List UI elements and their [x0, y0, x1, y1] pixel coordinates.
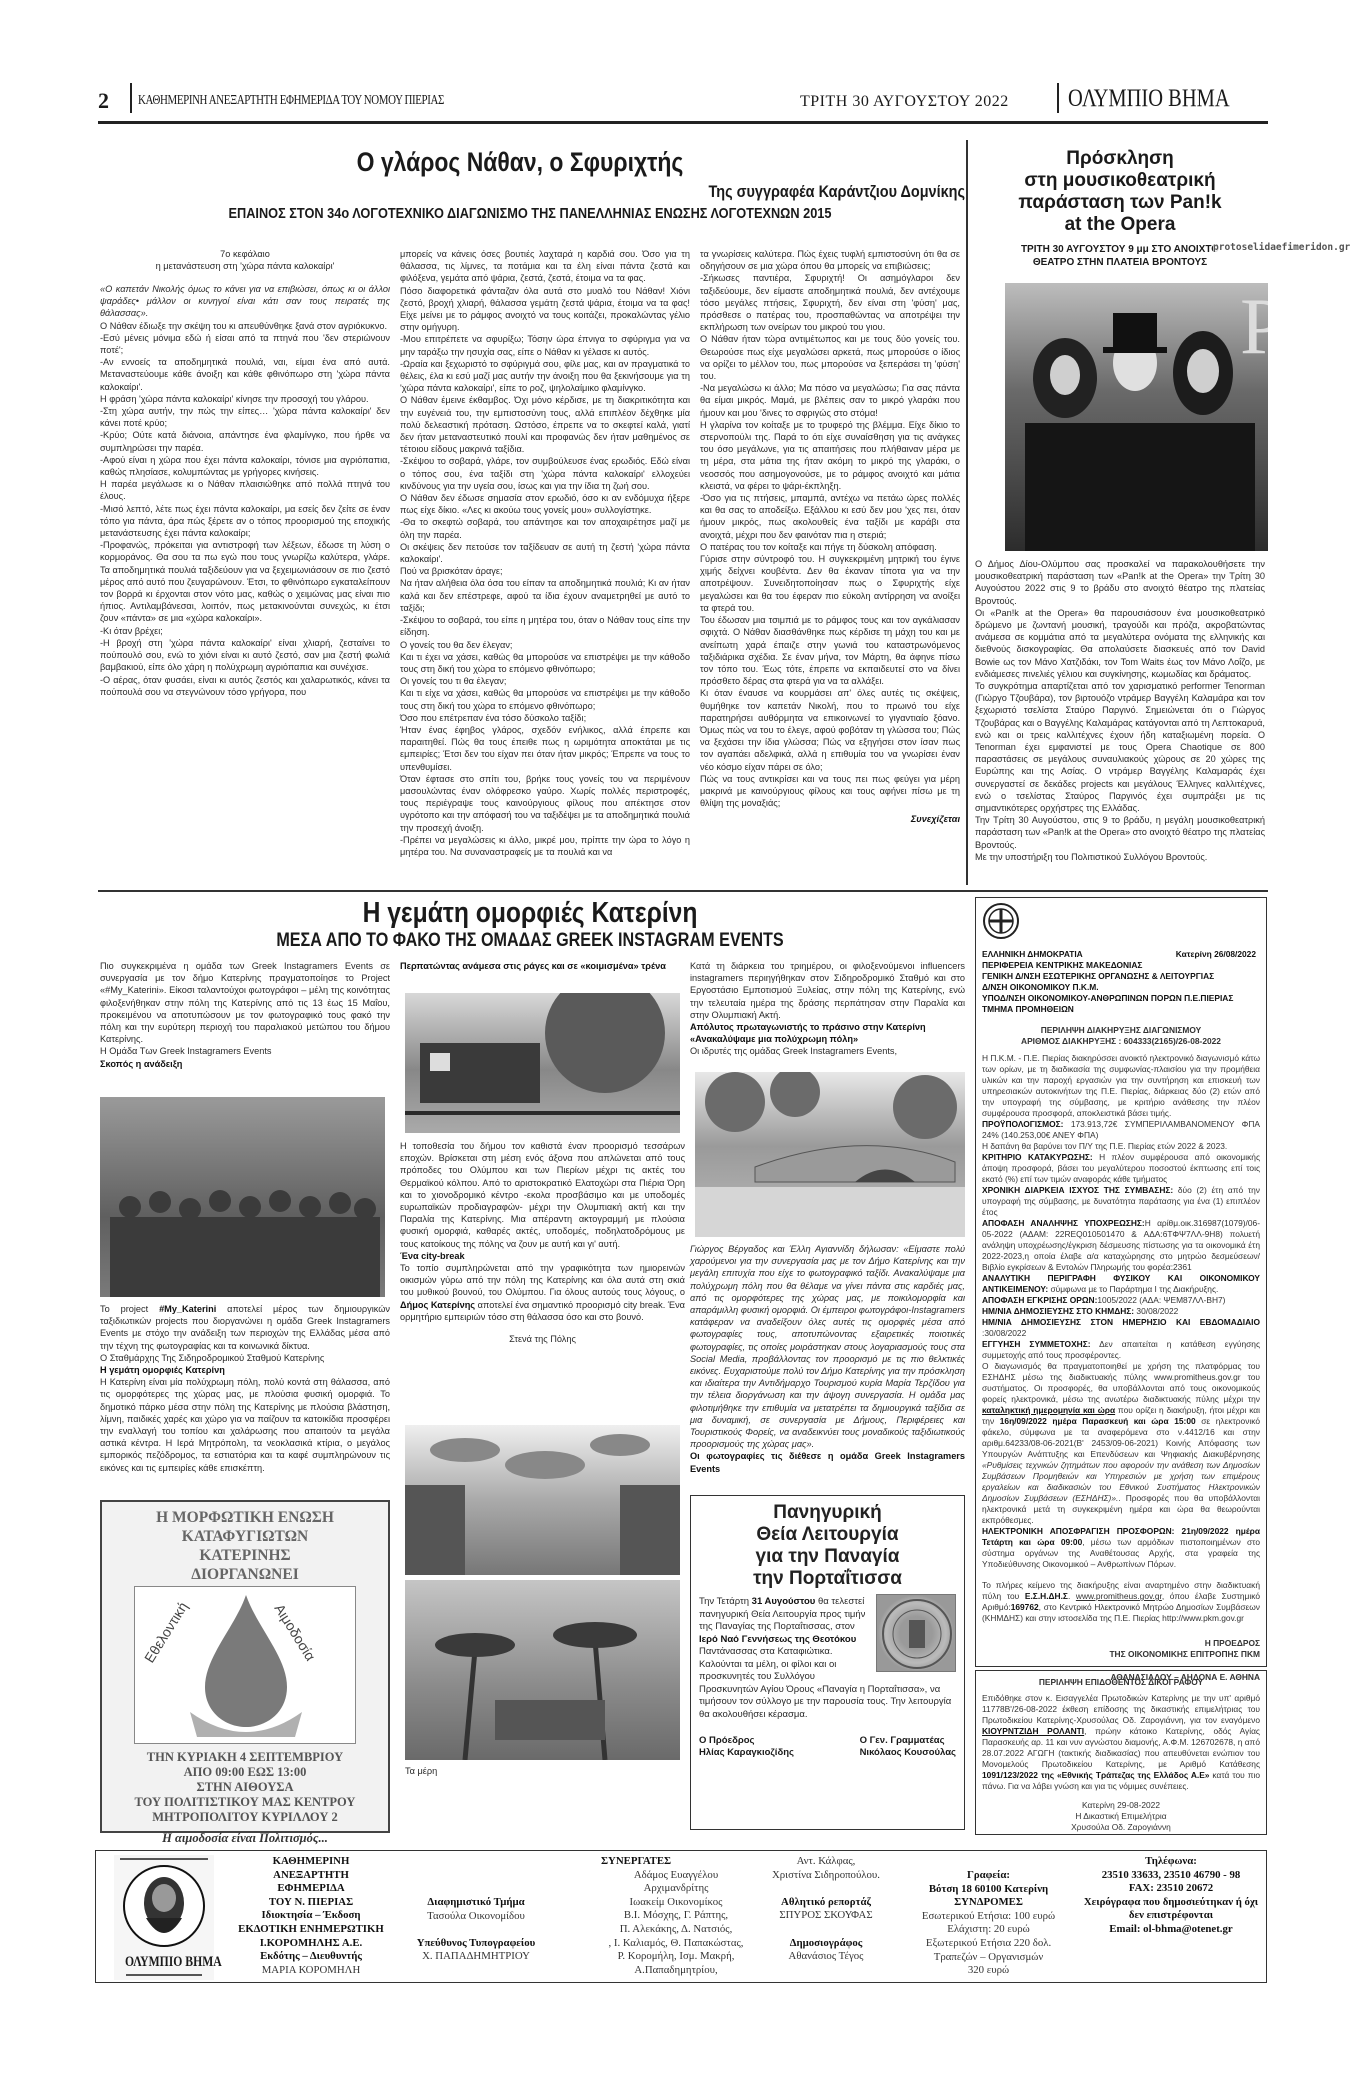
paragraph: Η παρέα μεγάλωσε κι ο Νάθαν πλαισιώθηκε … — [100, 478, 390, 502]
paragraph: -Σκέψου το σοβαρά, γλάρε, τον συμβούλευσ… — [400, 455, 690, 492]
subheading: Ένα city-break — [400, 1250, 685, 1262]
footer-line: Ιωακείμ Οικονομίκος — [601, 1896, 751, 1910]
case-number: 1091/123/2022 της «Εθνικής Τράπεζας της … — [982, 1770, 1209, 1780]
street-photo — [405, 1425, 680, 1575]
tender-item: ΗΜ/ΝΙΑ ΔΗΜΟΣΙΕΥΣΗΣ ΣΤΟΝ ΗΜΕΡΗΣΙΟ ΚΑΙ ΕΒΔ… — [982, 1317, 1260, 1339]
paragraph: Η Π.Κ.Μ. - Π.Ε. Πιερίας διακηρύσσει ανοι… — [982, 1053, 1260, 1119]
tender-item-label: ΑΠΟΦΑΣΗ ΑΝΑΛΗΨΗΣ ΥΠΟΧΡΕΩΣΗΣ: — [982, 1218, 1145, 1228]
footer-line: Α.Παπαδημητρίου, — [601, 1964, 751, 1978]
subheading: Απόλυτος πρωταγωνιστής το πράσινο στην Κ… — [690, 1021, 965, 1033]
section-rule — [98, 890, 1268, 892]
group-photo — [100, 1097, 385, 1297]
footer-line: Ρ. Κορομήλη, Ισμ. Μακρή, — [601, 1950, 751, 1964]
subheading: Σκοπός η ανάδειξη — [100, 1058, 390, 1070]
tender-item-value: σύμφωνα με το Παράρτημα Ι της Διακήρυξης… — [1048, 1284, 1218, 1294]
tender-notice: Κατερίνη 26/08/2022 ΕΛΛΗΝΙΚΗ ΔΗΜΟΚΡΑΤΙΑ … — [975, 897, 1267, 1667]
paragraph: ΗΛΕΚΤΡΟΝΙΚΗ ΑΠΟΣΦΡΑΓΙΣΗ ΠΡΟΣΦΟΡΩΝ: 21η/0… — [982, 1526, 1260, 1570]
poster-title-line: ΚΑΤΕΡΙΝΗΣ — [102, 1546, 388, 1565]
text: Ο διαγωνισμός θα πραγματοποιηθεί με χρήσ… — [982, 1361, 1260, 1404]
poster-title-line: ΔΙΟΡΓΑΝΩΝΕΙ — [102, 1565, 388, 1584]
title-line: Πανηγυρική — [699, 1502, 956, 1524]
article-award: ΕΠΑΙΝΟΣ ΣΤΟΝ 34ο ΛΟΓΟΤΕΧΝΙΚΟ ΔΙΑΓΩΝΙΣΜΟ … — [165, 205, 896, 222]
header-rule — [98, 121, 1268, 124]
paragraph: -Κρύο; Ούτε κατά διάνοια, απάντησε ένα φ… — [100, 429, 390, 453]
poster-line: ΑΠΟ 09:00 ΕΩΣ 13:00 — [102, 1765, 388, 1780]
paragraph: Ο πατέρας του τον κοίταξε και πήγε τη δύ… — [700, 541, 960, 553]
church-name: Ιερό Ναό Γεννήσεως της Θεοτόκου — [699, 1634, 856, 1645]
paragraph: Ο Νάθαν ήταν τώρα αντιμέτωπος και με του… — [700, 333, 960, 382]
paragraph: τα γνωρίσεις καλύτερα. Πώς έχεις τυφλή ε… — [700, 248, 960, 272]
church-seal-icon — [877, 1595, 957, 1673]
footer-line: Γραφεία: — [911, 1869, 1066, 1883]
continued-label: Συνεχίζεται — [700, 813, 960, 825]
tender-item-value: :30/08/2022 — [982, 1328, 1026, 1338]
footer-line: Β.Ι. Μόσχης, Γ. Ράπτης, — [601, 1909, 751, 1923]
paragraph: -Αν εννοείς τα αποδημητικά πουλιά, ναι, … — [100, 356, 390, 393]
footer-line: ΚΑΘΗΜΕΡΙΝΗ — [231, 1855, 391, 1869]
paragraph: Πού να βρισκόταν άραγε; — [400, 565, 690, 577]
paragraph: Να ήταν αλήθεια όλα όσα του είπαν τα απο… — [400, 577, 690, 614]
footer-line: ΣΥΝΕΡΓΑΤΕΣ — [601, 1855, 751, 1869]
article-title: Ο γλάρος Νάθαν, ο Σφυριχτής — [282, 147, 758, 178]
authority-line: ΠΕΡΙΦΕΡΕΙΑ ΚΕΝΤΡΙΚΗΣ ΜΑΚΕΔΟΝΙΑΣ — [982, 960, 1260, 971]
tender-item: ΧΡΟΝΙΚΗ ΔΙΑΡΚΕΙΑ ΙΣΧΥΟΣ ΤΗΣ ΣΥΜΒΑΣΗΣ: δύ… — [982, 1185, 1260, 1218]
paragraph: -Μισό λεπτό, λέτε πως έχει πάντα καλοκαί… — [100, 503, 390, 540]
paragraph: -Ωραία και ξεχωριστό το σφύριγμά σου, φί… — [400, 358, 690, 395]
paragraph: Και τι έχει να χάσει, καθώς θα μπορούσε … — [400, 651, 690, 675]
footer-line: ΣΥΝΔΡΟΜΕΣ — [911, 1896, 1066, 1910]
paragraph: Ο γονείς του θα δεν έλεγαν; — [400, 639, 690, 651]
footer-line: Χριστίνα Σιδηροπούλου. — [756, 1869, 896, 1883]
authority-line: ΤΜΗΜΑ ΠΡΟΜΗΘΕΙΩΝ — [982, 1004, 1260, 1015]
signature-right: Ο Γεν. ΓραμματέαςΝικόλαος Κουσούλας — [860, 1735, 956, 1759]
paragraph: μπορείς να κάνεις όσες βουτιές λαχταρά η… — [400, 248, 690, 285]
summons-text: Επιδόθηκε στον κ. Εισαγγελέα Πρωτοδικών … — [982, 1693, 1260, 1792]
paragraph: -Μου επιτρέπετε να σφυρίξω; Τόσην ώρα έπ… — [400, 333, 690, 357]
impressum: ΟΛΥΜΠΙΟ ΒΗΜΑ ΚΑΘΗΜΕΡΙΝΗΑΝΕΞΑΡΤΗΤΗΕΦΗΜΕΡΙ… — [95, 1850, 1267, 1983]
poster-line: ΤΟΥ ΠΟΛΙΤΙΣΤΙΚΟΥ ΜΑΣ ΚΕΝΤΡΟΥ — [102, 1795, 388, 1810]
tender-item: ΑΝΑΛΥΤΙΚΗ ΠΕΡΙΓΡΑΦΗ ΦΥΣΙΚΟΥ ΚΑΙ ΟΙΚΟΝΟΜΙ… — [982, 1273, 1260, 1295]
footer-line: ΑΝΕΞΑΡΤΗΤΗ — [231, 1869, 391, 1883]
summons-notice: ΠΕΡΙΛΗΨΗ ΕΠΙΔΟΘΕΝΤΟΣ ΔΙΚΟΓΡΑΦΟΥ Επιδόθηκ… — [975, 1670, 1267, 1835]
paper-tagline: ΚΑΘΗΜΕΡΙΝΗ ΑΝΕΞΑΡΤΗΤΗ ΕΦΗΜΕΡΙΔΑ ΤΟΥ ΝΟΜΟ… — [138, 93, 444, 109]
paragraph: Το τοπίο συμπληρώνεται από την γραφικότη… — [400, 1262, 685, 1323]
footer-line: FAX: 23510 20672 — [1081, 1882, 1261, 1896]
footer-line: Ιδιοκτησία – Έκδοση — [231, 1909, 391, 1923]
paragraph: -Πρέπει να μεγαλώσεις κι άλλο, μικρέ μου… — [400, 834, 690, 858]
poster-slogan: Η αιμοδοσία είναι Πολιτισμός... — [102, 1831, 388, 1846]
footer-line: Δημοσιογράφος — [756, 1937, 896, 1951]
footer-line: Ελάχιστη: 20 ευρώ — [911, 1923, 1066, 1937]
footer-line: Τασούλα Οικονομίδου — [401, 1910, 551, 1924]
article-subtitle: ΜΕΣΑ ΑΠΟ ΤΟ ΦΑΚΟ ΤΗΣ ΟΜΑΔΑΣ GREEK INSTAG… — [165, 930, 896, 952]
column-rule — [966, 140, 968, 885]
footer-departments: Διαφημιστικό ΤμήμαΤασούλα Οικονομίδου Υπ… — [401, 1896, 551, 1964]
signer-name: Χρυσούλα Οδ. Ζαρογιάννη — [982, 1822, 1260, 1833]
text: Την Τετάρτη — [699, 1596, 752, 1607]
footer-line: Βότση 18 60100 Κατερίνη — [911, 1883, 1066, 1897]
chapter-title: η μετανάστευση στη 'χώρα πάντα καλοκαίρι… — [100, 260, 390, 272]
signer-title: Ο Πρόεδρος — [699, 1735, 794, 1747]
text: Ε.Σ.Η.ΔΗ.Σ — [1025, 1591, 1068, 1601]
poster-line: ΣΤΗΝ ΑΙΘΟΥΣΑ — [102, 1780, 388, 1795]
footer-line — [401, 1923, 551, 1937]
tender-item: ΑΠΟΦΑΣΗ ΑΝΑΛΗΨΗΣ ΥΠΟΧΡΕΩΣΗΣ:Η αρίθμ.οικ.… — [982, 1218, 1260, 1273]
footer-line: ΕΚΔΟΤΙΚΗ ΕΝΗΜΕΡΩΤΙΚΗ — [231, 1923, 391, 1937]
paragraph: Την Τρίτη 30 Αυγούστου, στις 9 το βράδυ,… — [975, 814, 1265, 851]
seal-image — [876, 1594, 956, 1672]
footer-line: ΕΦΗΜΕΡΙΔΑ — [231, 1882, 391, 1896]
beach-photo — [405, 1580, 680, 1760]
tender-item: Η δαπάνη θα βαρύνει τον Π/Υ της Π.Ε. Πιε… — [982, 1141, 1260, 1152]
opera-body: Ο Δήμος Δίου-Ολύμπου σας προσκαλεί να πα… — [975, 558, 1265, 863]
logo-name: ΟΛΥΜΠΙΟ ΒΗΜΑ — [125, 1954, 203, 1971]
footer-line — [756, 1882, 896, 1896]
blood-drop-graphic: Εθελοντική Αιμοδοσία — [134, 1586, 356, 1744]
paragraph: -Εσύ μένεις μόνιμα εδώ ή είσαι από τα πτ… — [100, 332, 390, 356]
opera-headline: Πρόσκληση στη μουσικοθεατρική παράσταση … — [975, 148, 1265, 236]
paragraph: Ο Νάθαν έμεινε έκθαμβος. Όχι μόνο κέρδισ… — [400, 394, 690, 455]
katerini-column-1-bottom: Το project #My_Katerini αποτελεί μέρος τ… — [100, 1303, 390, 1474]
authority-line: ΥΠΟΔ/ΝΣΗ ΟΙΚΟΝΟΜΙΚΟΥ-ΑΝΘΡΩΠΙΝΩΝ ΠΟΡΩΝ Π.… — [982, 993, 1260, 1004]
footer-line: Τραπεζών – Οργανισμών — [911, 1951, 1066, 1965]
subheading: Περπατώντας ανάμεσα στις ράγες και σε «κ… — [400, 960, 685, 972]
subheading: «Ανακαλύψαμε μια πολύχρωμη πόλη» — [690, 1033, 965, 1045]
katerini-column-3: Κατά τη διάρκεια του τριημέρου, οι φιλοξ… — [690, 960, 965, 1058]
paragraph: Ο Δήμος Δίου-Ολύμπου σας προσκαλεί να πα… — [975, 558, 1265, 607]
blood-donation-poster: Η ΜΟΡΦΩΤΙΚΗ ΕΝΩΣΗ ΚΑΤΑΦΥΓΙΩΤΩΝ ΚΑΤΕΡΙΝΗΣ… — [100, 1500, 390, 1833]
headline-line: Πρόσκληση — [975, 148, 1265, 170]
paragraph: Ήταν ένας έφηβος γλάρος, σχεδόν ενήλικος… — [400, 724, 690, 773]
paper-logo: ΟΛΥΜΠΙΟ ΒΗΜΑ — [114, 1855, 214, 1980]
footer-line: Ι.ΚΟΡΟΜΗΛΗΣ Α.Ε. — [231, 1937, 391, 1951]
paragraph: Ο διαγωνισμός θα πραγματοποιηθεί με χρήσ… — [982, 1361, 1260, 1526]
text: καταληκτική ημερομηνία και ώρα — [982, 1405, 1115, 1415]
signer-title: ΤΗΣ ΟΙΚΟΝΟΜΙΚΗΣ ΕΠΙΤΡΟΠΗΣ ΠΚΜ — [982, 1649, 1260, 1660]
footer-line: Αθλητικό ρεπορτάζ — [756, 1896, 896, 1910]
authority-line: Δ/ΝΣΗ ΟΙΚΟΝΟΜΙΚΟΥ Π.Κ.Μ. — [982, 982, 1260, 993]
quote: Γιώργος Βέργαδος και Έλλη Αγιαννίδη δήλω… — [690, 1243, 965, 1450]
footer-line: Αρχιμανδρίτης — [601, 1882, 751, 1896]
paragraph: Ο Σταθμάρχης Της Σιδηροδρομικού Σταθμού … — [100, 1352, 390, 1364]
footer-line: Αδάμος Ευαγγέλου — [601, 1869, 751, 1883]
paragraph: Η τοποθεσία του δήμου τον καθιστά έναν π… — [400, 1140, 685, 1250]
tender-item: ΑΠΟΦΑΣΗ ΕΓΚΡΙΣΗΣ ΟΡΩΝ:1005/2022 (ΑΔΑ: ΨΕ… — [982, 1295, 1260, 1306]
footer-line: ΜΑΡΙΑ ΚΟΡΟΜΗΛΗ — [231, 1964, 391, 1978]
paragraph: Κατά τη διάρκεια του τριημέρου, οι φιλοξ… — [690, 960, 965, 1021]
text: Το project — [100, 1304, 159, 1314]
band-silhouettes-icon: P — [1005, 283, 1268, 551]
footer-sports: Αντ. Κάλφας,Χριστίνα Σιδηροπούλου. Αθλητ… — [756, 1855, 896, 1964]
blood-drop-icon — [135, 1587, 357, 1745]
tender-item-label: ΚΡΙΤΗΡΙΟ ΚΑΤΑΚΥΡΩΣΗΣ: — [982, 1152, 1093, 1162]
promitheus-link[interactable]: www.promitheus.gov.gr — [1076, 1591, 1162, 1601]
sub-line: ΘΕΑΤΡΟ ΣΤΗΝ ΠΛΑΤΕΙΑ ΒΡΟΝΤΟΥΣ — [975, 256, 1265, 269]
katerini-column-2: Περπατώντας ανάμεσα στις ράγες και σε «κ… — [400, 960, 685, 972]
train-photo — [405, 993, 680, 1133]
footer-line — [756, 1923, 896, 1937]
headline-line: at the Opera — [975, 214, 1265, 236]
tender-item: ΠΡΟΫΠΟΛΟΓΙΣΜΟΣ: 173.913,72€ ΣΥΜΠΕΡΙΛΑΜΒΑ… — [982, 1119, 1260, 1141]
article-column-2: μπορείς να κάνεις όσες βουτιές λαχταρά η… — [400, 248, 690, 858]
photo-credit: Οι φωτογραφίες τις διέθεσε η ομάδα Greek… — [690, 1450, 965, 1474]
footer-line: Π. Αλεκάκης, Δ. Νατσιός, — [601, 1923, 751, 1937]
footer-line: ΤΟΥ Ν. ΠΙΕΡΙΑΣ — [231, 1896, 391, 1910]
poster-title-line: Η ΜΟΡΦΩΤΙΚΗ ΕΝΩΣΗ — [102, 1508, 388, 1527]
poster-title-line: ΚΑΤΑΦΥΓΙΩΤΩΝ — [102, 1527, 388, 1546]
paragraph: -Σήκωσες παντιέρα, Σφυριχτή! Οι ασημόγλα… — [700, 272, 960, 333]
defendant-name: ΚΙΟΥΡΝΤΖΙΔΗ ΡΟΛΑΝΤΙ — [982, 1726, 1084, 1736]
footer-line: Εκδότης – Διευθυντής — [231, 1950, 391, 1964]
paragraph: Το συγκρότημα απαρτίζεται από τον χαρισμ… — [975, 680, 1265, 814]
article-column-1: «Ο καπετάν Νικολής όμως το κάνει για να … — [100, 283, 390, 698]
footer-line: Υπεύθυνος Τυπογραφείου — [401, 1937, 551, 1951]
signer-name: Νικόλαος Κουσούλας — [860, 1747, 956, 1759]
footer-line: Email: ol-bhma@otenet.gr — [1081, 1923, 1261, 1937]
group-people-icon — [100, 1097, 385, 1297]
church-notice: Πανηγυρική Θεία Λειτουργία για την Παναγ… — [690, 1495, 965, 1830]
paragraph: -Θα το σκεφτώ σοβαρά, του απάντησε και τ… — [400, 516, 690, 540]
paragraph: Με την υποστήριξη του Πολιτιστικού Συλλό… — [975, 851, 1265, 863]
footer-publisher: ΚΑΘΗΜΕΡΙΝΗΑΝΕΞΑΡΤΗΤΗΕΦΗΜΕΡΙΔΑΤΟΥ Ν. ΠΙΕΡ… — [231, 1855, 391, 1977]
paragraph: Το project #My_Katerini αποτελεί μέρος τ… — [100, 1303, 390, 1352]
signer-title: Η Δικαστική Επιμελήτρια — [982, 1811, 1260, 1822]
paragraph: Η Ομάδα Των Greek Instagramers Events — [100, 1045, 390, 1057]
subheading: Η γεμάτη ομορφιές Κατερίνη — [100, 1364, 390, 1376]
paragraph: Η φράση 'χώρα πάντα καλοκαίρι' κίνησε τη… — [100, 393, 390, 405]
footer-line: 320 ευρώ — [911, 1964, 1066, 1978]
paragraph: Η Κατερίνη είναι μία πολύχρωμη πόλη, πολ… — [100, 1376, 390, 1474]
katerini-column-1: Πιο συγκεκριμένα η ομάδα των Greek Insta… — [100, 960, 390, 1070]
park-bridge-photo — [695, 1072, 965, 1237]
footer-line: 23510 33633, 23510 46790 - 98 — [1081, 1869, 1261, 1883]
title-line: για την Παναγία — [699, 1546, 956, 1568]
tender-item: ΕΓΓΥΗΣΗ ΣΥΜΜΕΤΟΧΗΣ: Δεν απαιτείται η κατ… — [982, 1339, 1260, 1361]
katerini-column-3-quote: Γιώργος Βέργαδος και Έλλη Αγιαννίδη δήλω… — [690, 1243, 965, 1475]
tender-item-value: 30/08/2022 — [1134, 1306, 1178, 1316]
text: Το τοπίο συμπληρώνεται από την γραφικότη… — [400, 1263, 685, 1297]
poster-line: ΜΗΤΡΟΠΟΛΙΤΟΥ ΚΥΡΙΛΛΟΥ 2 — [102, 1810, 388, 1825]
footer-line: Χ. ΠΑΠΑΔΗΜΗΤΡΙΟΥ — [401, 1950, 551, 1964]
paragraph: -Στη χώρα αυτήν, την πώς την είπες… 'χώρ… — [100, 405, 390, 429]
title-line: την Πορταΐτισσα — [699, 1568, 956, 1590]
footer-contact: Τηλέφωνα:23510 33633, 23510 46790 - 98FA… — [1081, 1855, 1261, 1937]
paragraph: Όταν έφτασε στο σπίτι του, βρήκε τους γο… — [400, 773, 690, 834]
project-hashtag: #My_Katerini — [159, 1304, 216, 1314]
paragraph: -Ο αέρας, όταν φυσάει, είναι κι αυτός ζε… — [100, 674, 390, 698]
paragraph: Γύρισε στην σύντροφό του. Η συγκεκριμένη… — [700, 553, 960, 614]
paragraph: -Προφανώς, πρόκειται για αντιστροφή των … — [100, 539, 390, 624]
divider — [1057, 83, 1059, 113]
photo-caption: Στενά της Πόλης — [400, 1333, 685, 1345]
title-line: Θεία Λειτουργία — [699, 1524, 956, 1546]
band-photo: P — [1005, 283, 1268, 551]
authority-line: ΓΕΝΙΚΗ Δ/ΝΣΗ ΕΣΩΤΕΡΙΚΗΣ ΟΡΓΑΝΩΣΗΣ & ΛΕΙΤ… — [982, 971, 1260, 982]
paragraph: Η γλαρίνα τον κοίταξε με το τρυφερό της … — [700, 419, 960, 492]
system-number: 169762 — [1011, 1602, 1039, 1612]
paragraph: Του έδωσαν μια τσιμπιά με το ράμφος τους… — [700, 614, 960, 687]
paragraph: Οι γονείς του τι θα έλεγαν; — [400, 675, 690, 687]
paragraph: Πόσο διαφορετικά φάνταζαν όλα αυτά στο μ… — [400, 285, 690, 334]
watermark: protoselidaefimeridon.gr — [1213, 242, 1350, 253]
tender-item: ΗΜ/ΝΙΑ ΔΗΜΟΣΙΕΥΣΗΣ ΣΤΟ ΚΗΜΔΗΣ: 30/08/202… — [982, 1306, 1260, 1317]
tender-body: Η Π.Κ.Μ. - Π.Ε. Πιερίας διακηρύσσει ανοι… — [982, 1053, 1260, 1624]
paragraph: Κι όταν έναυσε να κουρμάσει απ' όλες αυτ… — [700, 687, 960, 772]
tender-item-label: ΗΜ/ΝΙΑ ΔΗΜΟΣΙΕΥΣΗΣ ΣΤΟ ΚΗΜΔΗΣ: — [982, 1306, 1134, 1316]
paragraph: -Αφού είναι η χώρα που έχει πάντα καλοκα… — [100, 454, 390, 478]
headline-line: στη μουσικοθεατρική — [975, 170, 1265, 192]
church-notice-title: Πανηγυρική Θεία Λειτουργία για την Παναγ… — [699, 1502, 956, 1590]
article-byline: Της συγγραφέα Καράντζιου Δομνίκης — [621, 182, 965, 202]
footer-line: Τηλέφωνα: — [1081, 1855, 1261, 1869]
zeus-head-icon — [121, 1863, 207, 1949]
signature-left: Ο ΠρόεδροςΗλίας Καραγκιοζίδης — [699, 1735, 794, 1759]
article-title: Η γεμάτη ομορφιές Κατερίνη — [165, 897, 896, 930]
tender-item-label: ΑΠΟΦΑΣΗ ΕΓΚΡΙΣΗΣ ΟΡΩΝ: — [982, 1295, 1097, 1305]
issue-date: ΤΡΙΤΗ 30 ΑΥΓΟΥΣΤΟΥ 2022 — [800, 93, 1009, 111]
train-icon — [405, 993, 680, 1133]
stone-bridge-icon — [695, 1072, 965, 1237]
paper-name: ΟΛΥΜΠΙΟ ΒΗΜΑ — [1068, 85, 1230, 113]
chapter-number: 7ο κεφάλαιο — [100, 248, 390, 260]
tender-item-label: ΗΜ/ΝΙΑ ΔΗΜΟΣΙΕΥΣΗΣ ΣΤΟΝ ΗΜΕΡΗΣΙΟ ΚΑΙ ΕΒΔ… — [982, 1317, 1260, 1327]
footer-line: Χειρόγραφα που δημοσιεύτηκαν ή όχι δεν ε… — [1081, 1896, 1261, 1923]
summons-title: ΠΕΡΙΛΗΨΗ ΕΠΙΔΟΘΕΝΤΟΣ ΔΙΚΟΓΡΑΦΟΥ — [982, 1677, 1260, 1688]
paragraph: Ο Νάθαν έδιωξε την σκέψη του κι απευθύνθ… — [100, 320, 390, 332]
place-date: Κατερίνη 26/08/2022 — [1176, 949, 1256, 960]
intro-quote: «Ο καπετάν Νικολής όμως το κάνει για να … — [100, 283, 390, 320]
paragraph: Πιο συγκεκριμένα η ομάδα των Greek Insta… — [100, 960, 390, 1045]
tender-item-label: ΧΡΟΝΙΚΗ ΔΙΑΡΚΕΙΑ ΙΣΧΥΟΣ ΤΗΣ ΣΥΜΒΑΣΗΣ: — [982, 1185, 1173, 1195]
footer-line: Εξωτερικού Ετήσια 220 δολ. — [911, 1937, 1066, 1951]
paragraph: Οι σκέψεις δεν πετούσε τον ταξίδευαν σε … — [400, 541, 690, 565]
paragraph: Όσο που επέτρεπαν ένα τόσο δύσκολο ταξίδ… — [400, 712, 690, 724]
tender-item-label: ΠΡΟΫΠΟΛΟΓΙΣΜΟΣ: — [982, 1119, 1063, 1129]
footer-offices: Γραφεία:Βότση 18 60100 ΚατερίνηΣΥΝΔΡΟΜΕΣ… — [911, 1869, 1066, 1978]
footer-line: Αθανάσιος Τέγος — [756, 1950, 896, 1964]
paragraph: -Η βροχή στη 'χώρα πάντα καλοκαίρι' είνα… — [100, 637, 390, 674]
footer-line: , Ι. Καλιαμός, Θ. Παπακώστας, — [601, 1937, 751, 1951]
paragraph: Οι ιδρυτές της ομάδας Greek Instagramers… — [690, 1045, 965, 1057]
paragraph: Το πλήρες κείμενο της διακήρυξης είναι α… — [982, 1580, 1260, 1624]
tender-item: ΚΡΙΤΗΡΙΟ ΚΑΤΑΚΥΡΩΣΗΣ: Η πλέον συμφέρουσα… — [982, 1152, 1260, 1185]
poster-line: ΤΗΝ ΚΥΡΙΑΚΗ 4 ΣΕΠΤΕΜΒΡΙΟΥ — [102, 1750, 388, 1765]
paragraph: Πώς να τους αντικρίσει και να τους πει π… — [700, 773, 960, 810]
footer-line: Διαφημιστικό Τμήμα — [401, 1896, 551, 1910]
divider — [130, 83, 132, 113]
tender-item-label: ΕΓΓΥΗΣΗ ΣΥΜΜΕΤΟΧΗΣ: — [982, 1339, 1091, 1349]
footer-line: ΣΠΥΡΟΣ ΣΚΟΥΦΑΣ — [756, 1909, 896, 1923]
text: Επιδόθηκε στον κ. Εισαγγελέα Πρωτοδικών … — [982, 1693, 1260, 1725]
summons-signature: Κατερίνη 29-08-2022 Η Δικαστική Επιμελήτ… — [982, 1800, 1260, 1833]
place-date: Κατερίνη 29-08-2022 — [982, 1800, 1260, 1811]
headline-line: παράσταση των Pan!k — [975, 192, 1265, 214]
signer-title: Η ΠΡΟΕΔΡΟΣ — [982, 1638, 1260, 1649]
paragraph: -Όσο για τις πτήσεις, μπαμπά, αντέχω να … — [700, 492, 960, 541]
event-date: 31 Αυγούστου — [752, 1596, 816, 1607]
footer-line: Εσωτερικού Ετήσια: 100 ευρώ — [911, 1910, 1066, 1924]
paragraph: Οι «Pan!k at the Opera» θα παρουσιάσουν … — [975, 607, 1265, 680]
umbrellas-icon — [405, 1425, 680, 1575]
paragraph: Ο Νάθαν δεν έδωσε σημασία στον ερωδιό, ό… — [400, 492, 690, 516]
footer-contributors: ΣΥΝΕΡΓΑΤΕΣΑδάμος ΕυαγγέλουΑρχιμανδρίτηςΙ… — [601, 1855, 751, 1977]
signatures: Ο ΠρόεδροςΗλίας Καραγκιοζίδης Ο Γεν. Γρα… — [699, 1735, 956, 1759]
tender-title: ΠΕΡΙΛΗΨΗ ΔΙΑΚΗΡΥΞΗΣ ΔΙΑΓΩΝΙΣΜΟΥ — [982, 1025, 1260, 1036]
svg-text:P: P — [1240, 283, 1268, 371]
paragraph: Και τι είχε να χάσει, καθώς θα μπορούσε … — [400, 687, 690, 711]
signer-title: Ο Γεν. Γραμματέας — [860, 1735, 956, 1747]
paragraph: -Σκέψου το σοβαρά, του είπε η μητέρα του… — [400, 614, 690, 638]
signer-name: Ηλίας Καραγκιοζίδης — [699, 1747, 794, 1759]
tender-item-value: Η δαπάνη θα βαρύνει τον Π/Υ της Π.Ε. Πιε… — [982, 1141, 1227, 1151]
footer-line: Αντ. Κάλφας, — [756, 1855, 896, 1869]
tender-number: ΑΡΙΘΜΟΣ ΔΙΑΚΗΡΥΞΗΣ : 604333(2165)/26-08-… — [982, 1036, 1260, 1047]
greek-emblem-icon — [982, 902, 1020, 940]
paragraph: -Να μεγαλώσω κι άλλο; Μα πόσο να μεγαλώσ… — [700, 382, 960, 419]
photo-caption: Τα μέρη — [405, 1765, 680, 1777]
tender-header: Κατερίνη 26/08/2022 ΕΛΛΗΝΙΚΗ ΔΗΜΟΚΡΑΤΙΑ … — [982, 949, 1260, 1015]
deadline: 16η/09/2022 ημέρα Παρασκευή και ώρα 15:0… — [1000, 1416, 1196, 1426]
page-number: 2 — [98, 88, 109, 114]
katerini-column-2-text: Η τοποθεσία του δήμου τον καθιστά έναν π… — [400, 1140, 685, 1345]
article-column-3: τα γνωρίσεις καλύτερα. Πώς έχεις τυφλή ε… — [700, 248, 960, 826]
text: Δήμος Κατερίνης — [400, 1300, 475, 1310]
tender-item-value: 1005/2022 (ΑΔΑ: ΨΕΜ87ΛΛ-ΒΗ7) — [1097, 1295, 1225, 1305]
paragraph: -Κι όταν βρέχει; — [100, 625, 390, 637]
palm-trees-icon — [405, 1580, 680, 1760]
